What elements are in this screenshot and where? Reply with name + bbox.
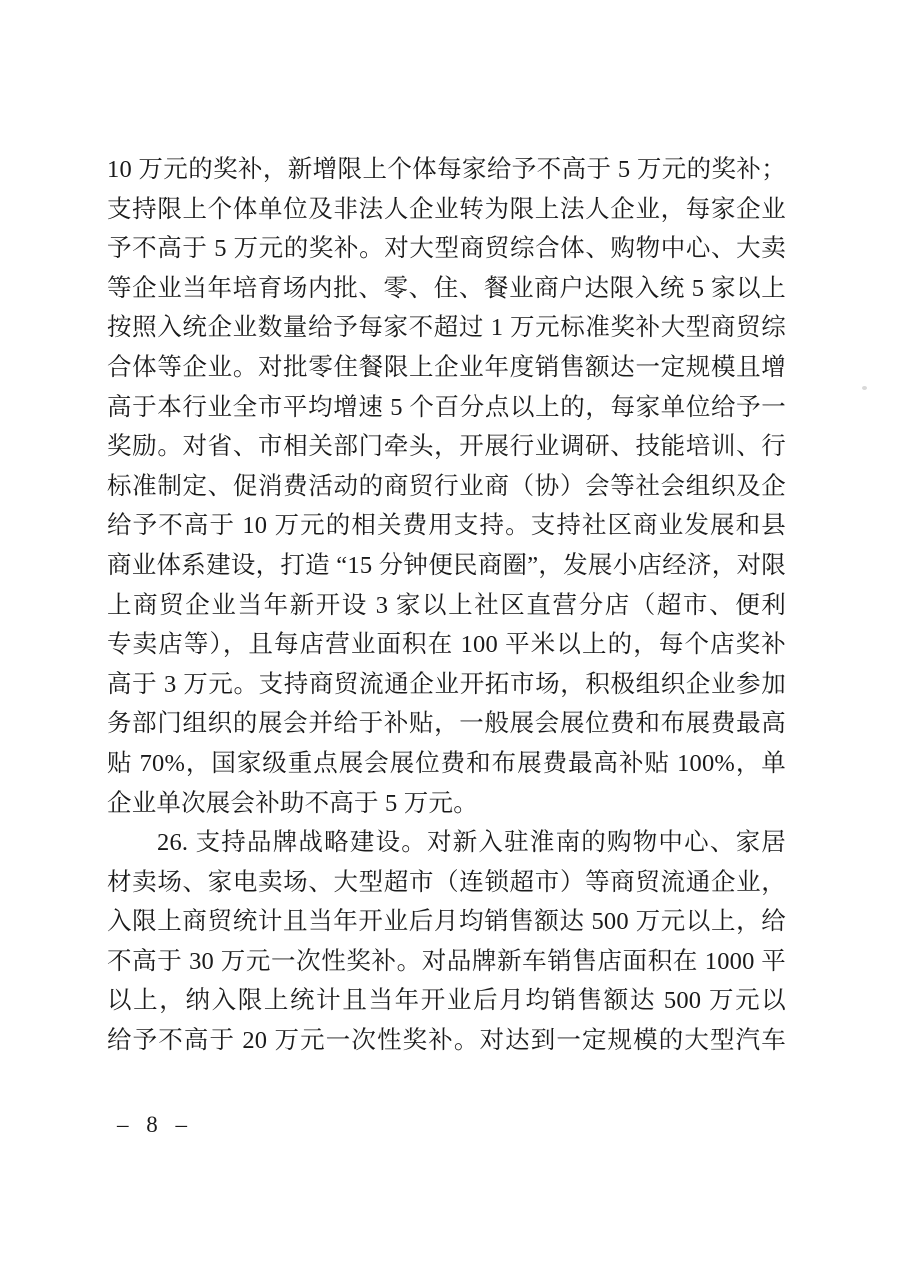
text-line: 商业体系建设，打造 “15 分钟便民商圈”，发展小店经济，对限 [107,546,786,586]
page-number: – 8 – [117,1112,193,1138]
text-line: 高于 3 万元。支持商贸流通企业开拓市场，积极组织企业参加商 [107,665,786,705]
text-line: 10 万元的奖补，新增限上个体每家给予不高于 5 万元的奖补； [107,150,786,190]
text-line: 上商贸企业当年新开设 3 家以上社区直营分店（超市、便利店、 [107,586,786,626]
text-line: 给予不高于 10 万元的相关费用支持。支持社区商业发展和县域 [107,506,786,546]
document-body: 10 万元的奖补，新增限上个体每家给予不高于 5 万元的奖补；支持限上个体单位及… [107,150,786,1061]
text-line: 材卖场、家电卖场、大型超市（连锁超市）等商贸流通企业，纳 [107,863,786,903]
text-line: 以上，纳入限上统计且当年开业后月均销售额达 500 万元以上， [107,981,786,1021]
text-line: 入限上商贸统计且当年开业后月均销售额达 500 万元以上，给予 [107,902,786,942]
text-line: 专卖店等），且每店营业面积在 100 平米以上的，每个店奖补不 [107,625,786,665]
text-line: 给予不高于 20 万元一次性奖补。对达到一定规模的大型汽车展 [107,1021,786,1061]
text-line: 务部门组织的展会并给于补贴，一般展会展位费和布展费最高补 [107,704,786,744]
text-line: 标准制定、促消费活动的商贸行业商（协）会等社会组织及企业， [107,467,786,507]
text-line: 奖励。对省、市相关部门牵头，开展行业调研、技能培训、行业 [107,427,786,467]
text-line: 等企业当年培育场内批、零、住、餐业商户达限入统 5 家以上的， [107,269,786,309]
text-line: 按照入统企业数量给予每家不超过 1 万元标准奖补大型商贸综 [107,308,786,348]
text-line: 企业单次展会补助不高于 5 万元。 [107,784,786,824]
text-line: 26. 支持品牌战略建设。对新入驻淮南的购物中心、家居建 [107,823,786,863]
text-line: 高于本行业全市平均增速 5 个百分点以上的，每家单位给予一定 [107,388,786,428]
document-page: 10 万元的奖补，新增限上个体每家给予不高于 5 万元的奖补；支持限上个体单位及… [0,0,900,1280]
text-line: 不高于 30 万元一次性奖补。对品牌新车销售店面积在 1000 平米 [107,942,786,982]
text-line: 合体等企业。对批零住餐限上企业年度销售额达一定规模且增速 [107,348,786,388]
scan-artifact-dot [862,386,867,390]
text-line: 支持限上个体单位及非法人企业转为限上法人企业，每家企业给 [107,190,786,230]
text-line: 贴 70%，国家级重点展会展位费和布展费最高补贴 100%，单个 [107,744,786,784]
text-line: 予不高于 5 万元的奖补。对大型商贸综合体、购物中心、大卖场 [107,229,786,269]
